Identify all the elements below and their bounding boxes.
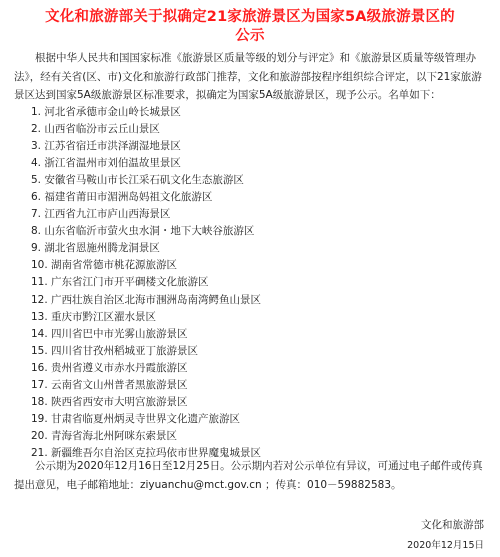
page-title: 文化和旅游部关于拟确定21家旅游景区为国家5A级旅游景区的公示 — [40, 8, 460, 46]
list-item: 14. 四川省巴中市光雾山旅游景区 — [31, 326, 261, 343]
intro-paragraph: 根据中华人民共和国国家标准《旅游景区质量等级的划分与评定》和《旅游景区质量等级管… — [14, 49, 488, 105]
list-item: 11. 广东省江门市开平碉楼文化旅游区 — [31, 274, 261, 291]
list-item: 18. 陕西省西安市大明宫旅游景区 — [31, 394, 261, 411]
list-item: 16. 贵州省遵义市赤水丹霞旅游区 — [31, 360, 261, 377]
list-item: 19. 甘肃省临夏州炳灵寺世界文化遗产旅游区 — [31, 411, 261, 428]
list-item: 5. 安徽省马鞍山市长江采石矶文化生态旅游区 — [31, 172, 261, 189]
notice-paragraph: 公示期为2020年12月16日至12月25日。公示期内若对公示单位有异议，可通过… — [14, 457, 488, 494]
list-item: 9. 湖北省恩施州腾龙洞景区 — [31, 240, 261, 257]
signature-date: 2020年12月15日 — [407, 537, 484, 551]
list-item: 10. 湖南省常德市桃花源旅游区 — [31, 257, 261, 274]
notice-text: 公示期为2020年12月16日至12月25日。公示期内若对公示单位有异议，可通过… — [14, 460, 483, 491]
scenic-area-list: 1. 河北省承德市金山岭长城景区 2. 山西省临汾市云丘山景区 3. 江苏省宿迁… — [31, 104, 261, 462]
list-item: 13. 重庆市黔江区濯水景区 — [31, 309, 261, 326]
list-item: 6. 福建省莆田市湄洲岛妈祖文化旅游区 — [31, 189, 261, 206]
list-item: 8. 山东省临沂市萤火虫水洞・地下大峡谷旅游区 — [31, 223, 261, 240]
list-item: 12. 广西壮族自治区北海市涠洲岛南湾鳄鱼山景区 — [31, 292, 261, 309]
list-item: 2. 山西省临汾市云丘山景区 — [31, 121, 261, 138]
list-item: 20. 青海省海北州阿咪东索景区 — [31, 428, 261, 445]
list-item: 4. 浙江省温州市刘伯温故里景区 — [31, 155, 261, 172]
list-item: 15. 四川省甘孜州稻城亚丁旅游景区 — [31, 343, 261, 360]
list-item: 3. 江苏省宿迁市洪泽湖湿地景区 — [31, 138, 261, 155]
list-item: 7. 江西省九江市庐山西海景区 — [31, 206, 261, 223]
signature-org: 文化和旅游部 — [421, 517, 484, 532]
list-item: 1. 河北省承德市金山岭长城景区 — [31, 104, 261, 121]
intro-text: 根据中华人民共和国国家标准《旅游景区质量等级的划分与评定》和《旅游景区质量等级管… — [14, 52, 482, 101]
list-item: 17. 云南省文山州普者黑旅游景区 — [31, 377, 261, 394]
